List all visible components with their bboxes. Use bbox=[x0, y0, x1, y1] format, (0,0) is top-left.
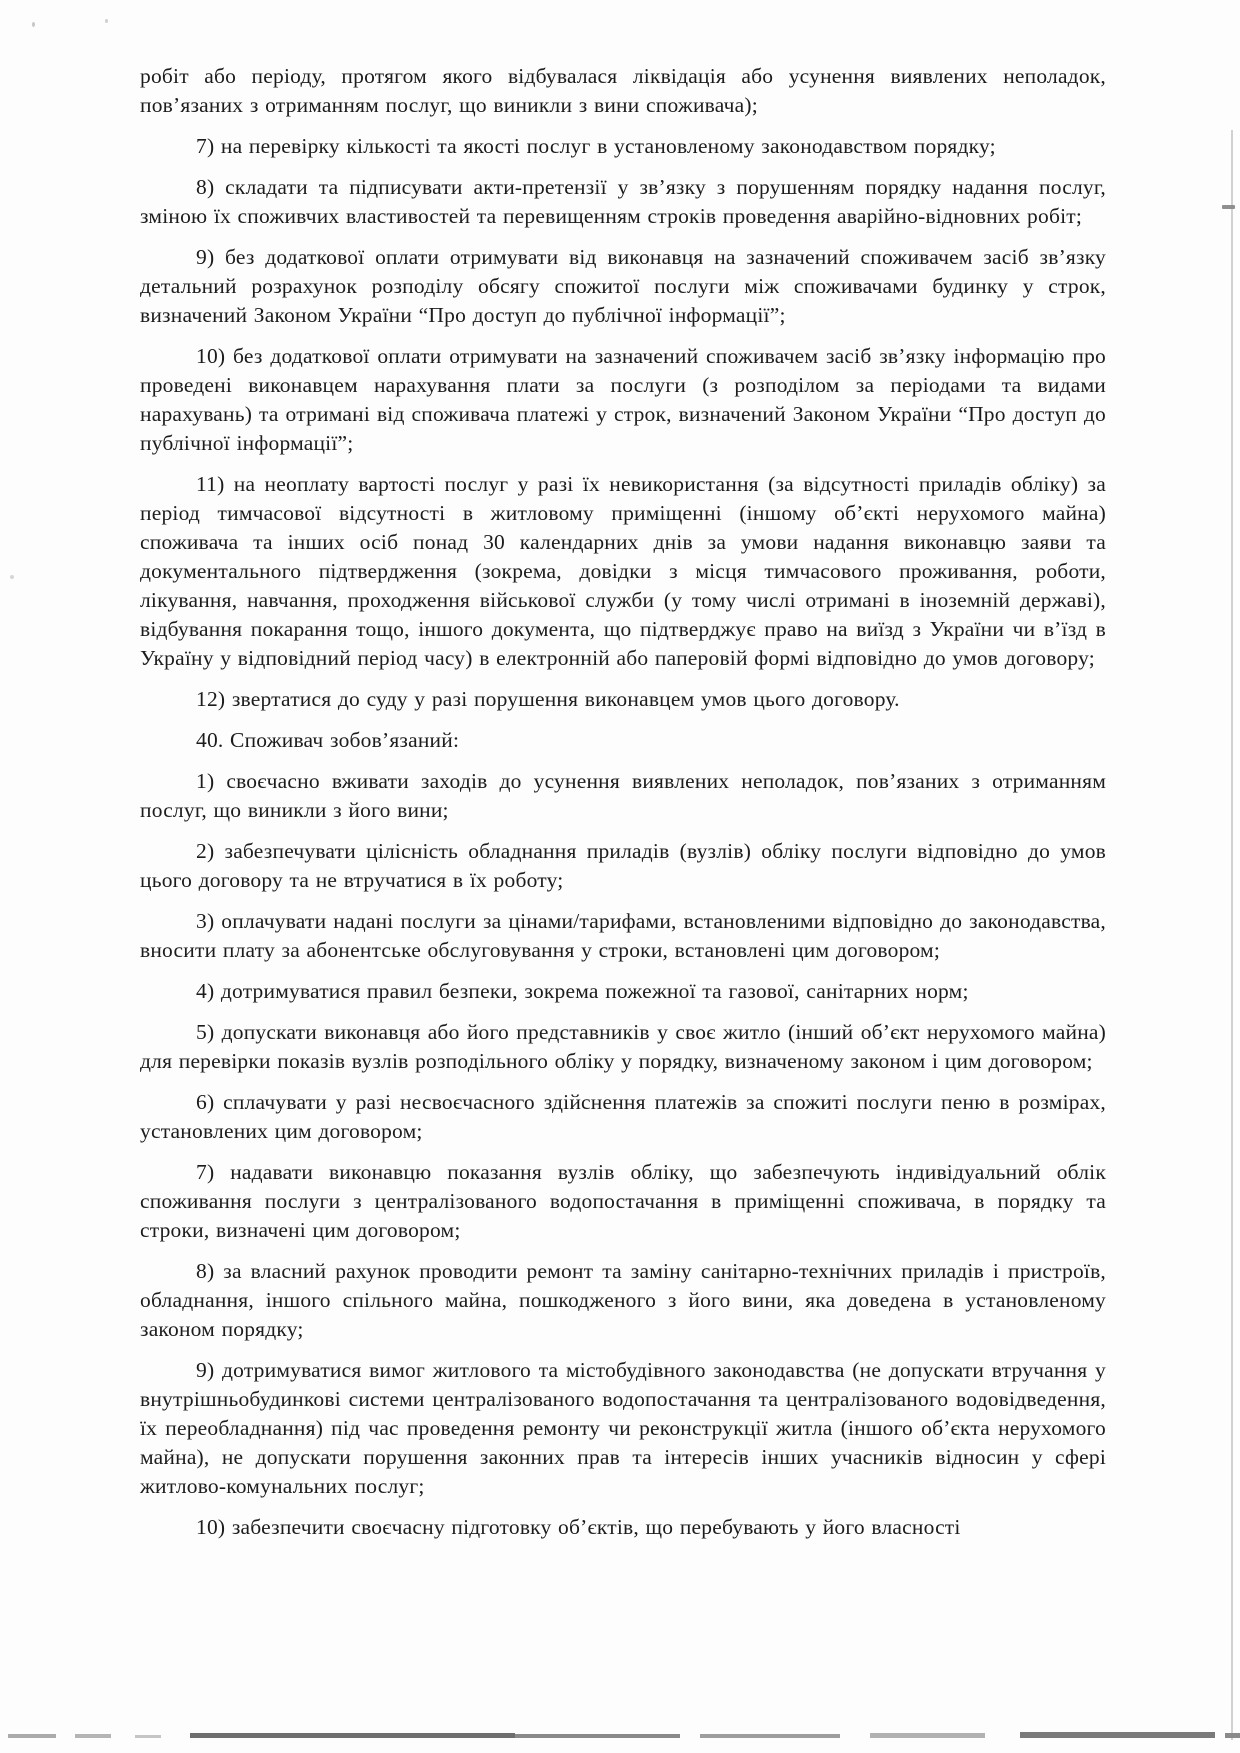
paragraph-duty-1: 1) своєчасно вживати заходів до усунення… bbox=[140, 767, 1106, 825]
paragraph-duty-7: 7) надавати виконавцю показання вузлів о… bbox=[140, 1158, 1106, 1245]
scan-artifact-segment bbox=[8, 1734, 56, 1738]
paragraph-duty-2: 2) забезпечувати цілісність обладнання п… bbox=[140, 837, 1106, 895]
paragraph-item-11: 11) на неоплату вартості послуг у разі ї… bbox=[140, 470, 1106, 673]
paragraph-duty-8: 8) за власний рахунок проводити ремонт т… bbox=[140, 1257, 1106, 1344]
scan-artifact-segment bbox=[135, 1735, 161, 1738]
scan-artifact-segment bbox=[870, 1733, 985, 1738]
paragraph-duty-4: 4) дотримуватися правил безпеки, зокрема… bbox=[140, 977, 1106, 1006]
scan-speck bbox=[32, 22, 35, 27]
paragraph-duty-9: 9) дотримуватися вимог житлового та міст… bbox=[140, 1356, 1106, 1501]
clause-40-heading: 40. Споживач зобов’язаний: bbox=[140, 726, 1106, 755]
paragraph-item-9: 9) без додаткової оплати отримувати від … bbox=[140, 243, 1106, 330]
paragraph-duty-3: 3) оплачувати надані послуги за цінами/т… bbox=[140, 907, 1106, 965]
scan-artifact-segment bbox=[190, 1733, 515, 1738]
scanned-document-page: робіт або періоду, протягом якого відбув… bbox=[0, 0, 1240, 1753]
paragraph-continuation: робіт або періоду, протягом якого відбув… bbox=[140, 62, 1106, 120]
scan-artifact-segment bbox=[75, 1734, 111, 1738]
scan-artifact-segment bbox=[515, 1734, 680, 1738]
paragraph-item-10: 10) без додаткової оплати отримувати на … bbox=[140, 342, 1106, 458]
scan-artifact-segment bbox=[700, 1734, 840, 1738]
paragraph-duty-6: 6) сплачувати у разі несвоєчасного здійс… bbox=[140, 1088, 1106, 1146]
page-edge-tick-mark bbox=[1222, 205, 1235, 209]
scan-speck bbox=[10, 575, 14, 579]
scan-artifact-segment bbox=[1020, 1732, 1215, 1738]
paragraph-item-12: 12) звертатися до суду у разі порушення … bbox=[140, 685, 1106, 714]
paragraph-item-7: 7) на перевірку кількості та якості посл… bbox=[140, 132, 1106, 161]
scan-speck bbox=[105, 19, 108, 23]
document-body: робіт або періоду, протягом якого відбув… bbox=[140, 62, 1106, 1554]
paragraph-duty-10: 10) забезпечити своєчасну підготовку об’… bbox=[140, 1513, 1106, 1542]
paragraph-item-8: 8) складати та підписувати акти-претензі… bbox=[140, 173, 1106, 231]
paragraph-duty-5: 5) допускати виконавця або його представ… bbox=[140, 1018, 1106, 1076]
page-edge-scan-line bbox=[1231, 130, 1233, 1740]
